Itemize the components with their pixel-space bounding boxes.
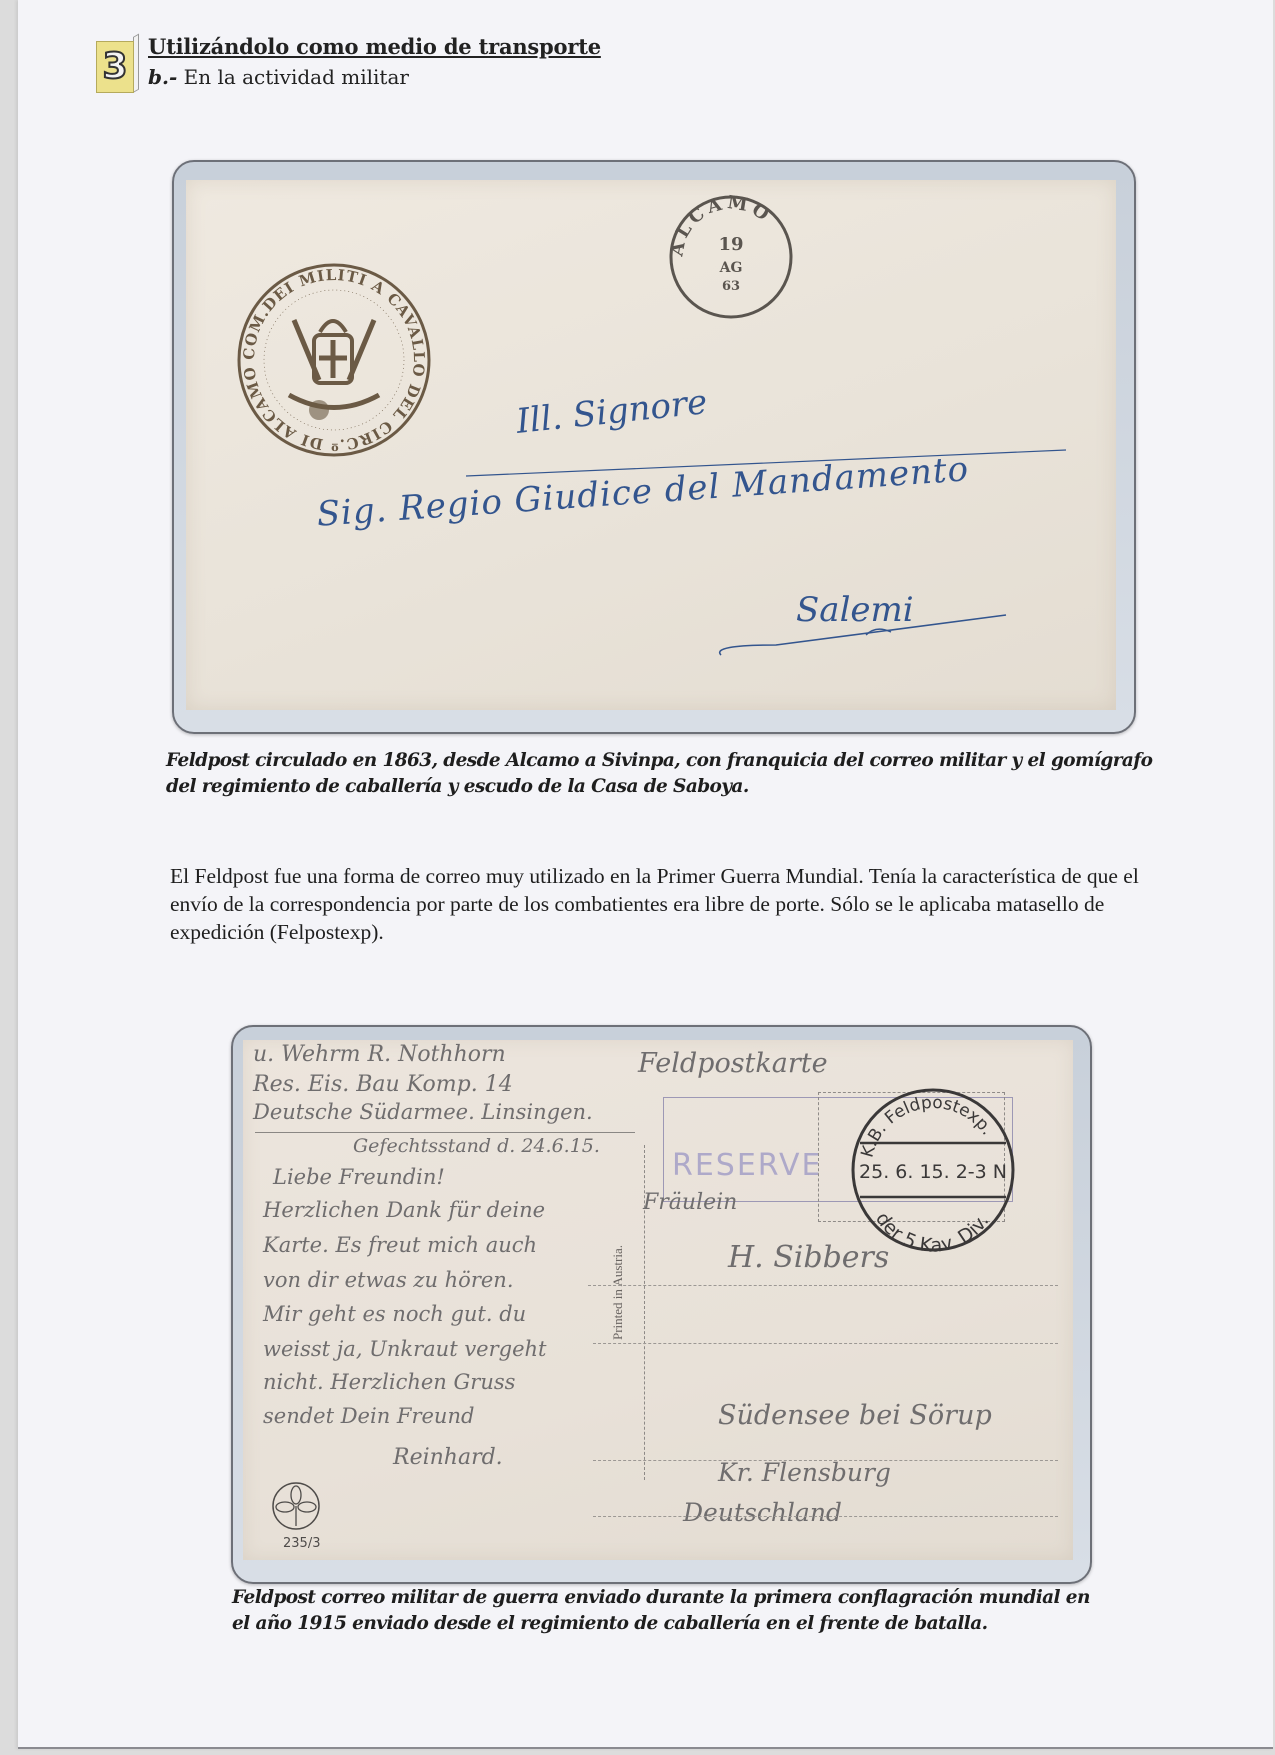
svg-text:AG: AG (719, 260, 743, 276)
regimental-seal-icon: COM.DEI MILITI A CAVALLO DEL CIRC.º DI A… (234, 260, 434, 460)
publisher-logo-icon (270, 1480, 322, 1532)
address-line-1: Ill. Signore (514, 382, 709, 442)
section-number: 3 (96, 41, 134, 93)
postcard-caption: Feldpost correo militar de guerra enviad… (232, 1585, 1112, 1637)
page-title: Utilizándolo como medio de transporte (148, 34, 601, 59)
message-line: Mir geht es noch gut. du (263, 1302, 526, 1326)
sender-line: Res. Eis. Bau Komp. 14 (253, 1072, 513, 1097)
svg-text:63: 63 (722, 279, 740, 294)
cover-caption: Feldpost circulado en 1863, desde Alcamo… (166, 748, 1156, 800)
feldpost-postmark-icon: K.B. Feldpostexp. der 5.Kav. Div. 25. 6.… (848, 1085, 1018, 1255)
intro-paragraph: El Feldpost fue una forma de correo muy … (170, 862, 1150, 946)
page-subtitle: b.- En la actividad militar (148, 65, 409, 89)
recipient-line: Südensee bei Sörup (718, 1400, 992, 1431)
postcard-1915: u. Wehrm R. NothhornRes. Eis. Bau Komp. … (243, 1040, 1073, 1560)
sender-line: u. Wehrm R. Nothhorn (253, 1042, 506, 1067)
section-number-badge: 3 (96, 37, 134, 92)
message-line: Herzlichen Dank für deine (263, 1198, 545, 1222)
message-line: von dir etwas zu hören. (263, 1268, 514, 1292)
recipient-line: Kr. Flensburg (718, 1458, 891, 1487)
recipient-line: H. Sibbers (728, 1240, 889, 1275)
message-line: weisst ja, Unkraut vergeht (263, 1337, 546, 1361)
sender-line: Deutsche Südarmee. Linsingen. (253, 1100, 593, 1124)
svg-text:19: 19 (718, 234, 743, 255)
message-line: sendet Dein Freund (263, 1404, 474, 1428)
cachet-text: RESERVE (672, 1148, 822, 1183)
message-line: Reinhard. (393, 1445, 503, 1470)
series-number: 235/3 (283, 1536, 320, 1551)
address-flourish (716, 600, 1016, 660)
svg-text:25. 6. 15. 2-3 N: 25. 6. 15. 2-3 N (859, 1161, 1007, 1183)
printed-in-note: Printed in Austria. (610, 1245, 626, 1340)
subtitle-prefix: b.- (148, 65, 177, 89)
message-line: Karte. Es freut mich auch (263, 1233, 537, 1257)
message-line: Liebe Freundin! (273, 1165, 445, 1189)
album-page: 3 Utilizándolo como medio de transporte … (18, 0, 1273, 1749)
recipient-line: Deutschland (683, 1498, 842, 1527)
subtitle-text: En la actividad militar (184, 65, 409, 89)
message-line: Gefechtsstand d. 24.6.15. (353, 1135, 600, 1157)
cds-postmark-icon: ALCAMO 19 AG 63 (666, 192, 796, 322)
svg-text:der 5.Kav. Div.: der 5.Kav. Div. (871, 1208, 993, 1255)
card-header-label: Feldpostkarte (638, 1048, 828, 1079)
cover-1863: COM.DEI MILITI A CAVALLO DEL CIRC.º DI A… (186, 180, 1116, 710)
recipient-line: Fräulein (643, 1190, 737, 1215)
message-line: nicht. Herzlichen Gruss (263, 1370, 515, 1394)
